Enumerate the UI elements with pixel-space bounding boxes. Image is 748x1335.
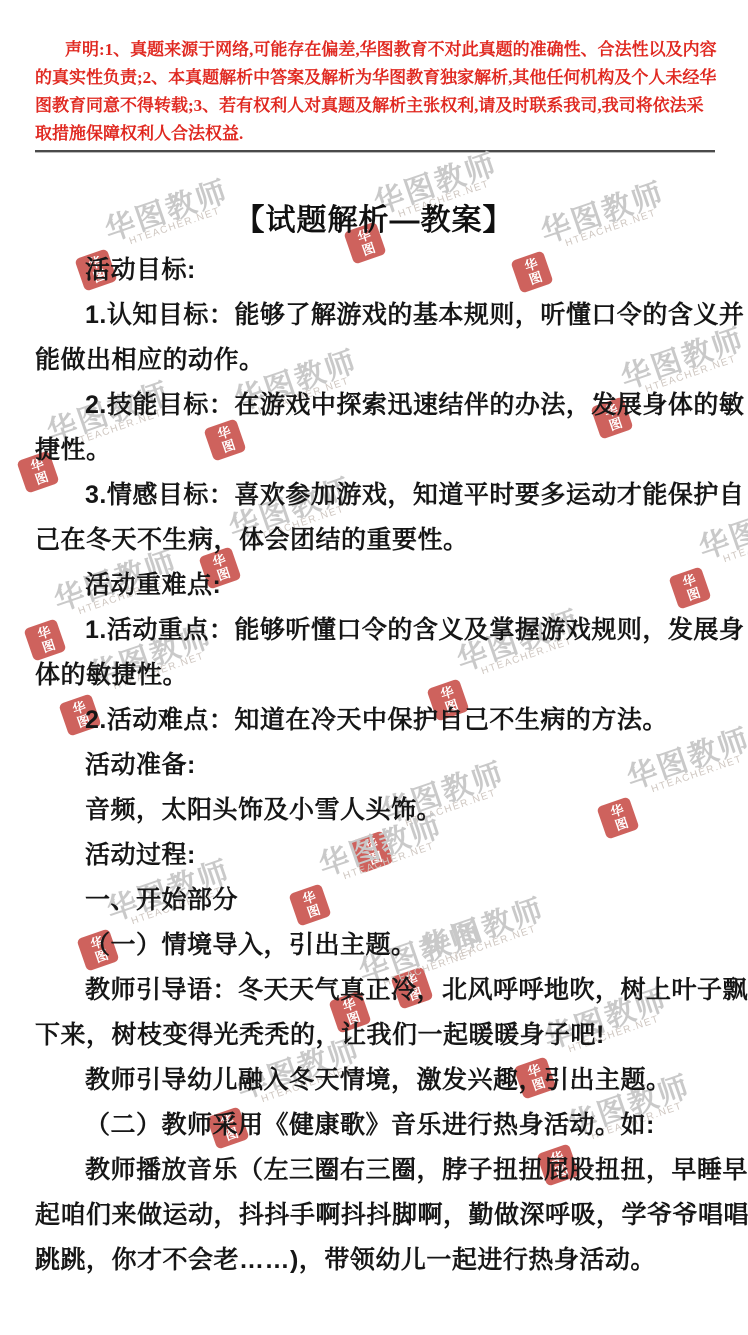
body-line: 教师引导语：冬天天气真正冷，北风呼呼地吹，树上叶子飘	[35, 965, 717, 1010]
page-title: 【试题解析—教案】	[0, 200, 748, 242]
body-line: 2.活动难点：知道在冷天中保护自己不生病的方法。	[35, 695, 717, 740]
watermark-domain-text: HTEACHER.NET	[722, 524, 748, 566]
disclaimer: 声明:1、真题来源于网络,可能存在偏差,华图教育不对此真题的准确性、合法性以及内…	[35, 36, 715, 148]
body-line: 教师引导幼儿融入冬天情境，激发兴趣，引出主题。	[35, 1055, 717, 1100]
body-heading-line: 活动目标:	[35, 245, 717, 290]
body-line: 1.认知目标：能够了解游戏的基本规则，听懂口令的含义并	[35, 290, 717, 335]
body-heading-line: 活动准备:	[35, 740, 717, 785]
body-line: 起咱们来做运动，抖抖手啊抖抖脚啊，勤做深呼吸，学爷爷唱唱	[35, 1190, 717, 1235]
body-line: 下来，树枝变得光秃秃的，让我们一起暖暖身子吧!	[35, 1010, 717, 1055]
disclaimer-label: 声明:	[65, 40, 105, 59]
body-line: 跳跳，你才不会老……)，带领幼儿一起进行热身活动。	[35, 1235, 717, 1280]
disclaimer-line: 图教育同意不得转载;3、若有权利人对真题及解析主张权利,请及时联系我司,我司将依…	[35, 92, 715, 120]
document-body: 活动目标:1.认知目标：能够了解游戏的基本规则，听懂口令的含义并能做出相应的动作…	[35, 245, 717, 1280]
body-line: 1.活动重点：能够听懂口令的含义及掌握游戏规则，发展身	[35, 605, 717, 650]
divider-line	[35, 150, 715, 153]
body-line: 体的敏捷性。	[35, 650, 717, 695]
body-line: 2.技能目标：在游戏中探索迅速结伴的办法，发展身体的敏	[35, 380, 717, 425]
body-heading-line: 活动重难点:	[35, 560, 717, 605]
body-line: 己在冬天不生病，体会团结的重要性。	[35, 515, 717, 560]
body-line: （二）教师采用《健康歌》音乐进行热身活动。如:	[35, 1100, 717, 1145]
disclaimer-line: 的真实性负责;2、本真题解析中答案及解析为华图教育独家解析,其他任何机构及个人未…	[35, 64, 715, 92]
disclaimer-line: 取措施保障权利人合法权益.	[35, 120, 715, 148]
body-line: 能做出相应的动作。	[35, 335, 717, 380]
body-line: 捷性。	[35, 425, 717, 470]
body-line: （一）情境导入，引出主题。	[35, 920, 717, 965]
body-heading-line: 活动过程:	[35, 830, 717, 875]
disclaimer-line: 声明:1、真题来源于网络,可能存在偏差,华图教育不对此真题的准确性、合法性以及内…	[35, 36, 715, 64]
body-line: 3.情感目标：喜欢参加游戏，知道平时要多运动才能保护自	[35, 470, 717, 515]
document-page: 华图华图教师HTEACHER.NET华图华图教师HTEACHER.NET华图华图…	[0, 0, 748, 1335]
body-line: 音频，太阳头饰及小雪人头饰。	[35, 785, 717, 830]
body-heading-line: 一、开始部分	[35, 875, 717, 920]
body-line: 教师播放音乐（左三圈右三圈，脖子扭扭屁股扭扭，早睡早	[35, 1145, 717, 1190]
